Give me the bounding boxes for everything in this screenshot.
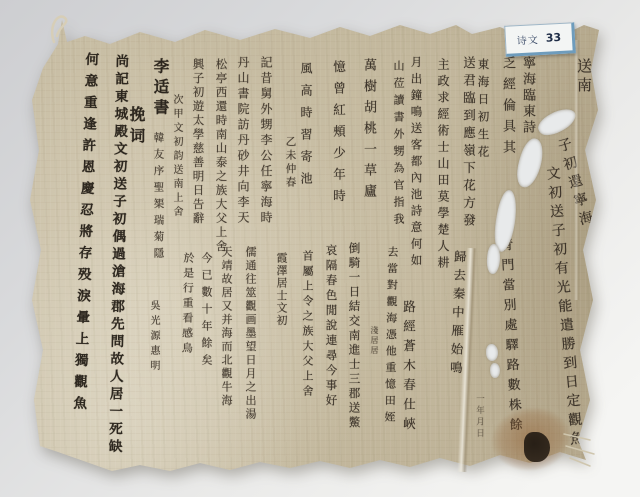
- manuscript-column: 路經蒼木春仕峽: [402, 300, 415, 437]
- manuscript-column: 乏經倫具其: [501, 56, 514, 161]
- manuscript-column: 東海日初生花: [477, 58, 489, 163]
- manuscript-column: 霞澤居士文初: [276, 252, 287, 327]
- manuscript-column: 次甲文初韵送南上舍: [171, 94, 181, 220]
- manuscript-column: 去當對觀海憑他重憶田姪: [384, 246, 398, 428]
- manuscript-column: 尚記東城殿文初送子初偶過滄海郡先問故人居一死缺: [106, 54, 127, 457]
- manuscript-column: 何意重逢許恩慶忍將存殁淚暈上獨觀魚: [70, 52, 96, 418]
- manuscript-column: 主政求經術士山田莫學楚人耕: [437, 58, 449, 273]
- manuscript-column: 韓友序聖榘瑞菊隱: [153, 132, 164, 264]
- manuscript-column: 於是行重看感烏: [181, 252, 194, 357]
- manuscript-signature: 李适書: [152, 58, 168, 120]
- paper-fiber: [44, 8, 80, 46]
- manuscript-column: 倒騎一日結交南進士三郡送鱉: [348, 242, 360, 431]
- manuscript-photo: 送南 子初還寧海 寧海臨東詩 文初送子初有光能遣勝到日定觀魚 乏經倫具其 青門當…: [0, 0, 640, 497]
- catalog-label-number: 33: [545, 31, 561, 45]
- paper-tear-hole: [490, 363, 500, 378]
- ink-blot: [524, 432, 550, 462]
- manuscript-column: 記昔舅外甥李公任寧海時: [260, 56, 272, 227]
- manuscript-column: 送君臨到應嶺下花方發: [462, 56, 475, 231]
- manuscript-column: 天靖故居又并海而北觀牛海: [221, 246, 232, 408]
- manuscript-column: 丹山書院訪丹砂井向李天: [237, 56, 249, 227]
- manuscript-annotation: 淺居居: [370, 326, 378, 356]
- manuscript-annotation: 一年月日: [475, 394, 484, 440]
- manuscript-section-title: 挽词: [128, 106, 144, 149]
- manuscript-column: 松亭西還時南山泰之族大父上舍: [215, 58, 227, 254]
- manuscript-column: 首屬上令之族大父上舍: [302, 250, 313, 400]
- manuscript-column: 憶曾紅頰少年時: [332, 60, 345, 211]
- manuscript-column: 吳光源惠明: [148, 300, 158, 375]
- paper-tear-hole: [486, 344, 498, 361]
- manuscript-column: 哀隔春色閒說連尋今事好: [325, 244, 337, 409]
- manuscript-column: 興子初遊太學慈善明日告辭: [192, 58, 204, 226]
- paper-crease: [574, 40, 580, 300]
- manuscript-column: 萬樹胡桃一草廬: [362, 58, 375, 205]
- manuscript-column: 寧海臨東詩: [521, 56, 534, 136]
- manuscript-column: 月出鐘鳴送客都內池詩意何如: [410, 56, 422, 271]
- catalog-label-category: 诗文: [516, 31, 539, 47]
- catalog-label: 诗文 33: [504, 22, 576, 57]
- manuscript-column: 乙未仲春: [285, 136, 296, 190]
- manuscript-column: 青門當別處驛路數株餘: [498, 238, 521, 438]
- manuscript-column: 山莅讀書外甥為官指我: [393, 60, 404, 230]
- manuscript-column: 今已數十年餘矣: [201, 252, 212, 371]
- manuscript-column: 儒通往筮觀画墨望日月之出湯: [245, 246, 256, 422]
- paper-fray: [560, 428, 602, 470]
- manuscript-column: 風高時習寄池: [300, 62, 312, 194]
